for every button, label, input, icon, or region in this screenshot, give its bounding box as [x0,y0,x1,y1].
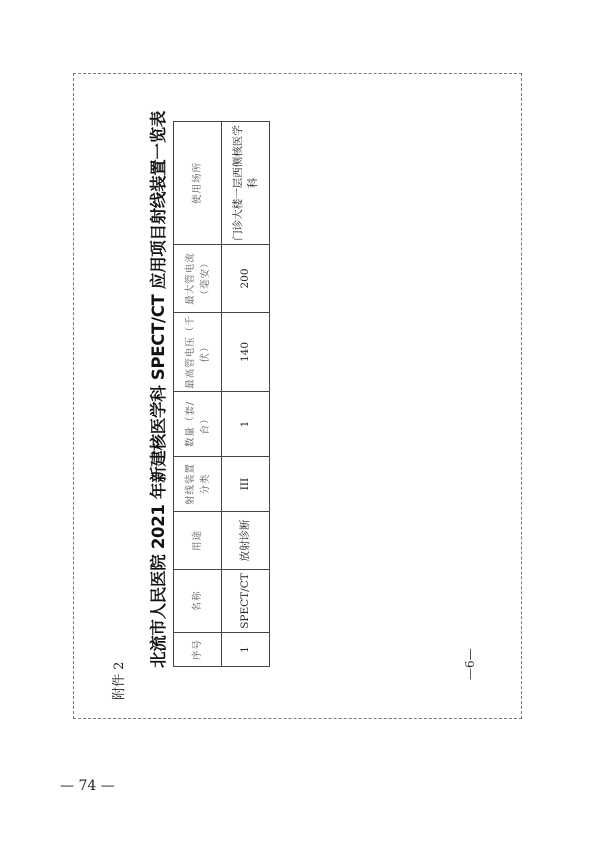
header-cell: 最大管电流（毫安） [174,245,222,313]
cell-usage: 放射诊断 [222,512,270,570]
annex-label: 附件 2 [110,640,130,700]
header-cell: 名称 [174,570,222,633]
cell-max-current: 200 [222,245,270,313]
cell-name: SPECT/CT [222,570,270,633]
cell-location: 门诊大楼一层西侧核医学科 [222,122,270,245]
cell-index: 1 [222,633,270,667]
cell-class: III [222,457,270,512]
header-cell: 序号 [174,633,222,667]
document-title: 北流市人民医院 2021 年新建核医学科 SPECT/CT 应用项目射线装置一览… [146,123,172,668]
inner-page-number: —6— [460,630,480,680]
outer-page-number: — 74 — [60,778,115,794]
header-cell: 最高管电压（千伏） [174,313,222,392]
inner-page-container: —6— [460,630,480,680]
title-container: 北流市人民医院 2021 年新建核医学科 SPECT/CT 应用项目射线装置一览… [146,123,172,668]
annex-container: 附件 2 [110,640,130,700]
table-row: 1 SPECT/CT 放射诊断 III 1 140 200 门诊大楼一层西侧核医… [222,122,270,667]
header-cell: 使用场所 [174,122,222,245]
header-cell: 数量（套/台） [174,392,222,457]
header-cell: 用途 [174,512,222,570]
table-container: 序号 名称 用途 射线装置分类 数量（套/台） 最高管电压（千伏） 最大管电流（… [173,122,267,667]
table-header-row: 序号 名称 用途 射线装置分类 数量（套/台） 最高管电压（千伏） 最大管电流（… [174,122,222,667]
cell-quantity: 1 [222,392,270,457]
cell-max-voltage: 140 [222,313,270,392]
scanned-page-frame [73,73,522,719]
ray-device-table: 序号 名称 用途 射线装置分类 数量（套/台） 最高管电压（千伏） 最大管电流（… [173,121,270,667]
header-cell: 射线装置分类 [174,457,222,512]
